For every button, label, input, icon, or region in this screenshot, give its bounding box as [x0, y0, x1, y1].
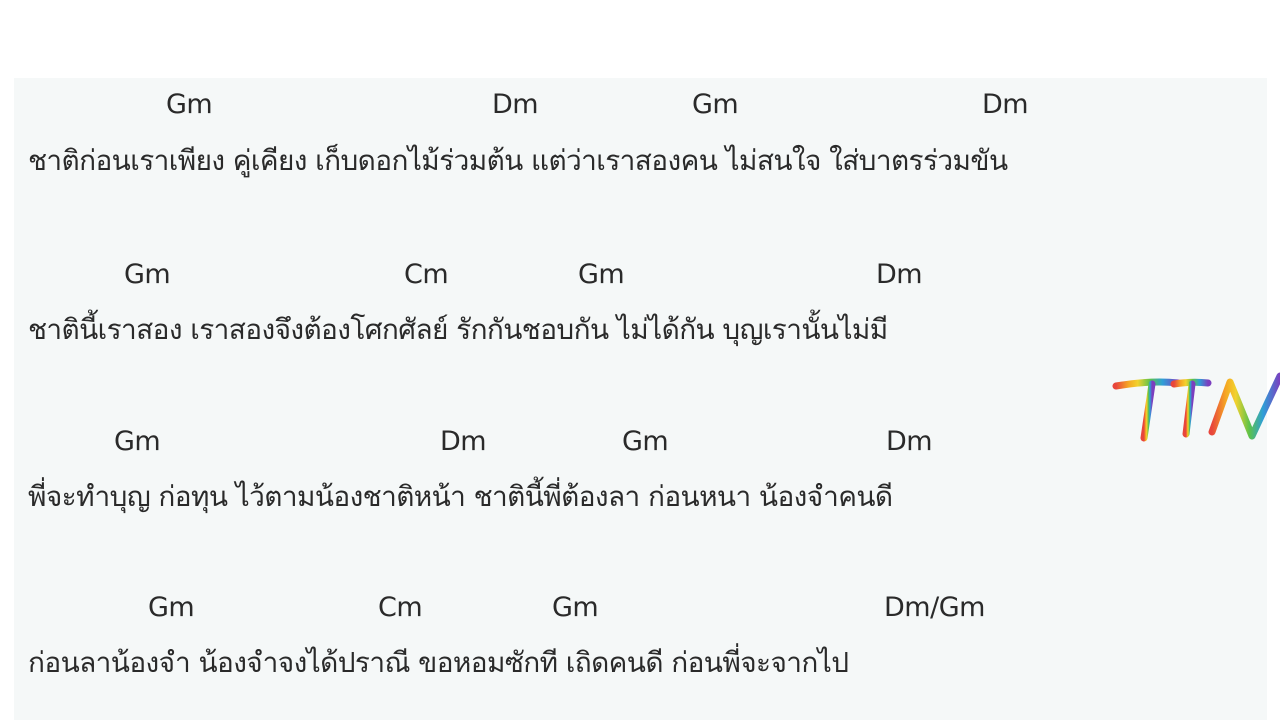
lyric-line: พี่จะทำบุญ ก่อทุน ไว้ตามน้องชาติหน้า ชาต…: [28, 479, 893, 515]
chord: Dm: [886, 427, 932, 457]
chord: Dm/Gm: [884, 593, 985, 623]
chord: Cm: [404, 260, 448, 290]
chord: Dm: [876, 260, 922, 290]
chord: Gm: [124, 260, 170, 290]
chord: Gm: [166, 90, 212, 120]
lyric-line: ก่อนลาน้องจำ น้องจำจงได้ปราณี ขอหอมซักที…: [28, 645, 848, 681]
lyric-line: ชาติก่อนเราเพียง คู่เคียง เก็บดอกไม้ร่วม…: [28, 143, 1008, 179]
chord: Dm: [982, 90, 1028, 120]
chord: Gm: [148, 593, 194, 623]
chord: Dm: [492, 90, 538, 120]
lyric-line: ชาตินี้เราสอง เราสองจึงต้องโศกศัลย์ รักก…: [28, 312, 888, 348]
chord: Gm: [552, 593, 598, 623]
chord: Cm: [378, 593, 422, 623]
chord: Gm: [114, 427, 160, 457]
chord: Gm: [692, 90, 738, 120]
chord: Gm: [578, 260, 624, 290]
ttn-logo-icon: [1112, 372, 1280, 444]
chord: Gm: [622, 427, 668, 457]
chord: Dm: [440, 427, 486, 457]
